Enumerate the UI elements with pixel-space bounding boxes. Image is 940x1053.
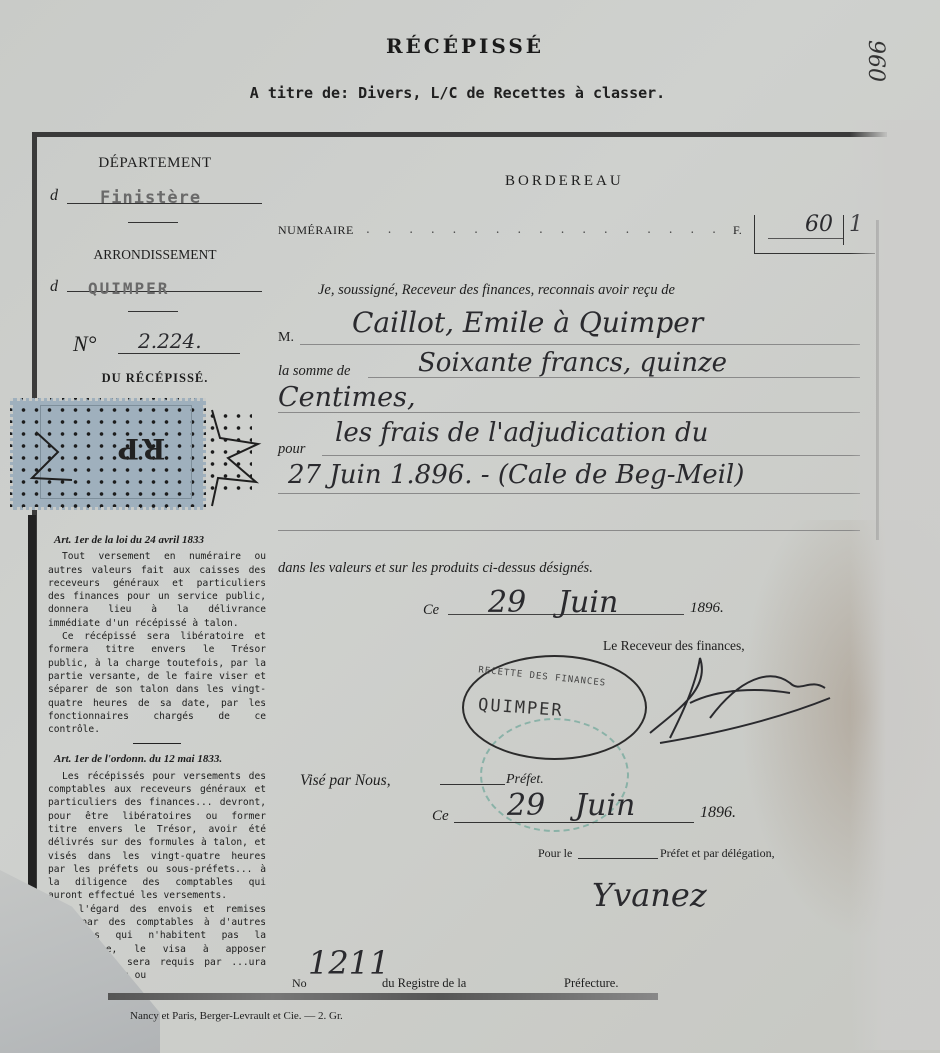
- page-subtitle: A titre de: Divers, L/C de Recettes à cl…: [0, 84, 915, 102]
- leader-dots: . . . . . . . . . . . . . . . . . . . . …: [366, 222, 724, 236]
- register-text: du Registre de la: [382, 976, 466, 991]
- star-cancellation-icon: [190, 408, 262, 508]
- stamp-text: RP: [115, 432, 165, 465]
- legal-margin-rule: [28, 515, 36, 900]
- pour-le-line: [578, 858, 658, 859]
- departement-label: DÉPARTEMENT: [55, 155, 255, 172]
- receveur-signature-icon: [640, 648, 840, 748]
- visa-label: Visé par Nous,: [300, 772, 391, 790]
- register-number-field[interactable]: 1211: [308, 944, 389, 982]
- payer-field[interactable]: Caillot, Emile à Quimper: [352, 306, 703, 339]
- arrondissement-prefix: d: [50, 278, 58, 296]
- pour-le-label: Pour le: [538, 846, 572, 861]
- prefet-signature: Yvanez: [592, 876, 707, 914]
- visa-day-field[interactable]: 29: [507, 788, 545, 823]
- frame-bottom-rule: [108, 993, 658, 1000]
- products-text: dans les valeurs et sur les produits ci-…: [278, 560, 593, 577]
- receipt-month-field[interactable]: Juin: [558, 585, 618, 620]
- sum-field[interactable]: Soixante francs, quinze: [418, 348, 727, 378]
- payer-line: [300, 344, 860, 345]
- receipt-date-label: Ce: [423, 602, 439, 619]
- purpose-label: pour: [278, 441, 305, 458]
- visa-date-line: [454, 822, 694, 823]
- divider: [128, 311, 178, 312]
- purpose-field[interactable]: les frais de l'adjudication du: [335, 418, 708, 448]
- register-no-label: No: [292, 976, 307, 991]
- numero-line: [118, 353, 240, 354]
- departement-prefix: d: [50, 187, 58, 205]
- article-1-paragraph-1: Tout versement en numéraire ou autres va…: [48, 550, 266, 630]
- article-2-title: Art. 1er de l'ordonn. du 12 mai 1833.: [54, 753, 266, 766]
- prefet-label: Préfet.: [506, 772, 544, 788]
- receipt-year: 1896.: [690, 600, 724, 617]
- bordereau-title: BORDEREAU: [505, 173, 624, 190]
- payer-label: M.: [278, 330, 294, 346]
- stamp-cancel-mark-icon: [28, 428, 88, 488]
- margin-number: 960: [863, 40, 888, 82]
- sum-field-continued[interactable]: Centimes,: [278, 382, 416, 413]
- purpose-field-continued[interactable]: 27 Juin 1.896. - (Cale de Beg-Meil): [288, 460, 744, 490]
- article-1-paragraph-2: Ce récépissé sera libératoire et formera…: [48, 630, 266, 736]
- receipt-day-field[interactable]: 29: [488, 585, 526, 620]
- visa-year: 1896.: [700, 804, 736, 822]
- numeraire-label: NUMÉRAIRE: [278, 223, 354, 238]
- departement-field[interactable]: Finistère: [100, 188, 201, 208]
- purpose-line-3: [278, 530, 860, 531]
- prefet-delegation-label: Préfet et par délégation,: [660, 846, 775, 861]
- arrondissement-field[interactable]: QUIMPER: [88, 279, 169, 298]
- amount-francs-field[interactable]: 60: [805, 212, 833, 237]
- visa-line: [440, 784, 505, 785]
- arrondissement-label: ARRONDISSEMENT: [55, 247, 255, 263]
- article-1-title: Art. 1er de la loi du 24 avril 1833: [54, 534, 266, 547]
- declaration-text: Je, soussigné, Receveur des finances, re…: [318, 282, 675, 299]
- numero-field[interactable]: 2.224.: [138, 329, 202, 353]
- printer-imprint: Nancy et Paris, Berger-Levrault et Cie. …: [130, 1010, 343, 1022]
- divider: [133, 743, 181, 744]
- purpose-line: [322, 455, 860, 456]
- paper-edge-blur: [850, 120, 940, 1050]
- sum-label: la somme de: [278, 363, 351, 380]
- purpose-line-2: [278, 493, 860, 494]
- numero-label: N°: [73, 331, 96, 357]
- francs-label: F.: [733, 223, 742, 238]
- legal-text: Art. 1er de la loi du 24 avril 1833 Tout…: [48, 534, 266, 983]
- visa-date-label: Ce: [432, 808, 449, 825]
- visa-month-field[interactable]: Juin: [575, 788, 635, 823]
- amount-divider: [843, 215, 844, 245]
- page-title: RÉCÉPISSÉ: [0, 34, 930, 58]
- prefecture-label: Préfecture.: [564, 976, 618, 991]
- amount-line: [768, 238, 843, 239]
- du-recepisse-label: DU RÉCÉPISSÉ.: [55, 371, 255, 386]
- article-2-paragraph-1: Les récépissés pour versements des compt…: [48, 770, 266, 903]
- divider: [128, 222, 178, 223]
